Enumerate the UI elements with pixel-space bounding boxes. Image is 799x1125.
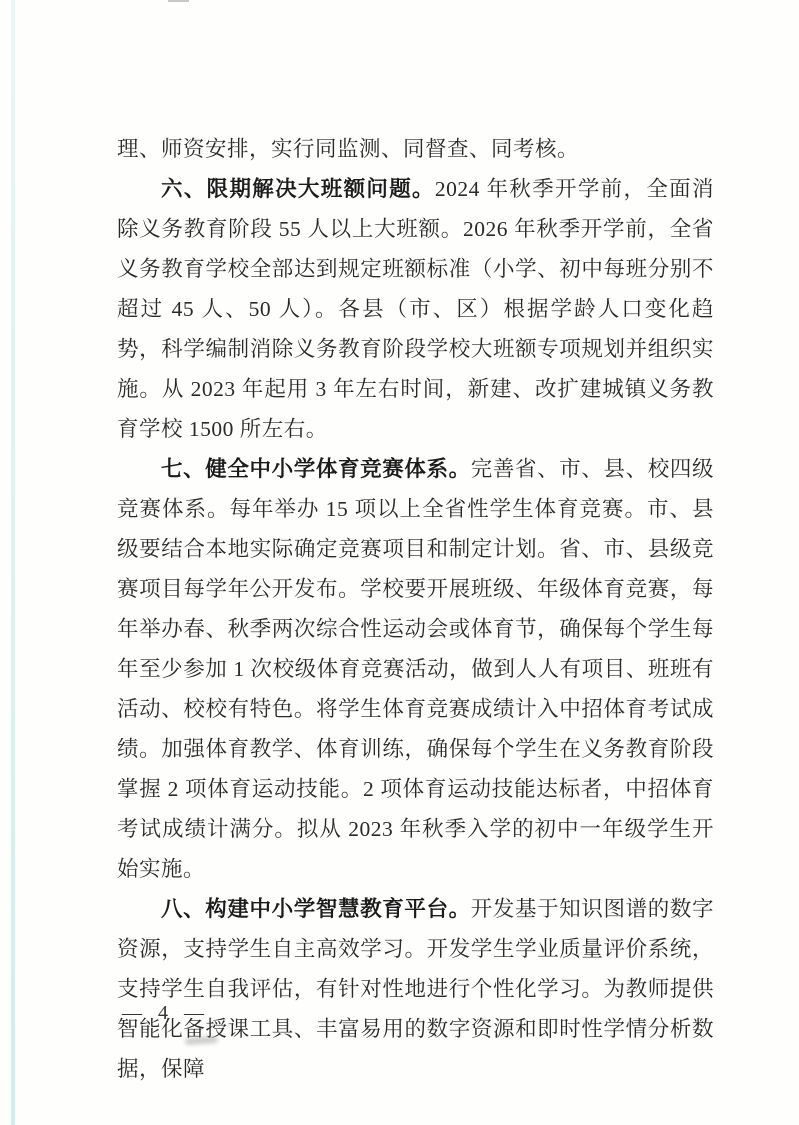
paragraph-text: 2024 年秋季开学前，全面消除义务教育阶段 55 人以上大班额。2026 年秋… — [117, 177, 714, 441]
section-heading-6: 六、限期解决大班额问题。 — [161, 177, 435, 201]
paragraph-text: 理、师资安排，实行同监测、同督查、同考核。 — [117, 137, 579, 161]
paragraph-text: 开发基于知识图谱的数字资源，支持学生自主高效学习。开发学生学业质量评价系统，支持… — [117, 897, 714, 1081]
document-page: 理、师资安排，实行同监测、同督查、同考核。 六、限期解决大班额问题。2024 年… — [0, 0, 799, 1125]
paragraph-text: 完善省、市、县、校四级竞赛体系。每年举办 15 项以上全省性学生体育竞赛。市、县… — [117, 457, 714, 881]
paragraph-section-7: 七、健全中小学体育竞赛体系。完善省、市、县、校四级竞赛体系。每年举办 15 项以… — [117, 449, 714, 889]
scan-edge-line — [11, 0, 15, 1125]
document-body: 理、师资安排，实行同监测、同督查、同考核。 六、限期解决大班额问题。2024 年… — [117, 129, 714, 1089]
page-number: — 4 — — [122, 1002, 205, 1025]
section-heading-7: 七、健全中小学体育竞赛体系。 — [161, 457, 471, 481]
scan-artifact-top — [168, 0, 189, 2]
section-heading-8: 八、构建中小学智慧教育平台。 — [161, 897, 471, 921]
paragraph-continuation: 理、师资安排，实行同监测、同督查、同考核。 — [117, 129, 714, 169]
paragraph-section-8: 八、构建中小学智慧教育平台。开发基于知识图谱的数字资源，支持学生自主高效学习。开… — [117, 889, 714, 1089]
paragraph-section-6: 六、限期解决大班额问题。2024 年秋季开学前，全面消除义务教育阶段 55 人以… — [117, 169, 714, 449]
